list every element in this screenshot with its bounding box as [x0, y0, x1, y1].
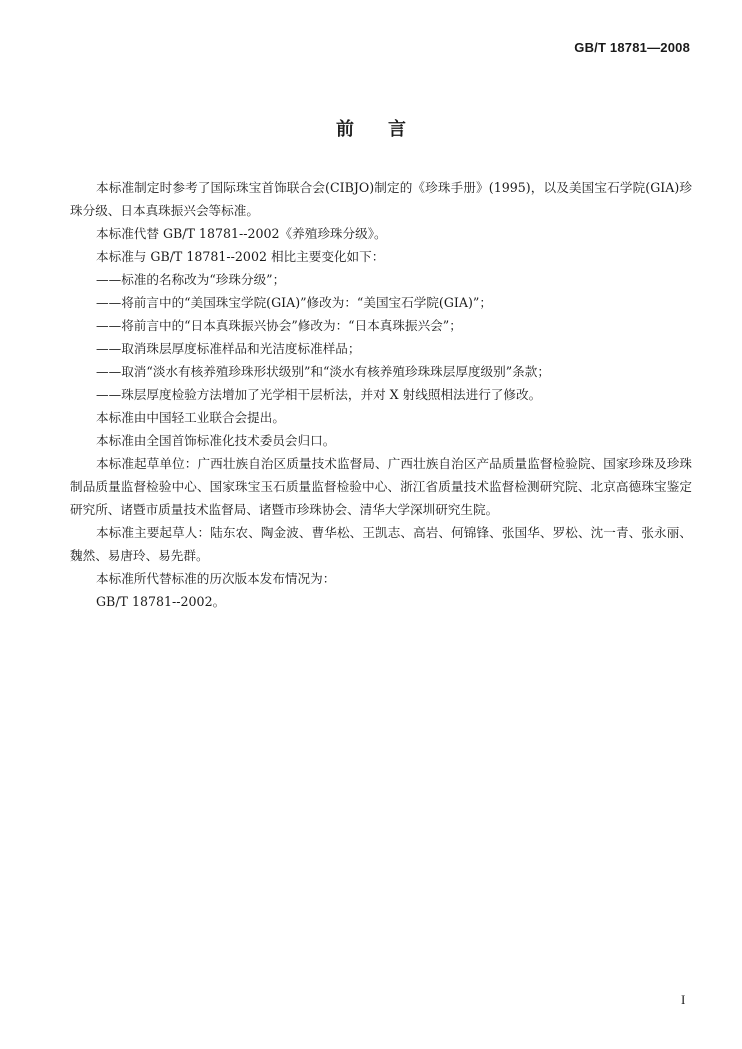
change-item: ——取消“淡水有核养殖珍珠形状级别”和“淡水有核养殖珍珠珠层厚度级别”条款；: [70, 360, 692, 383]
paragraph-references: 本标准制定时参考了国际珠宝首饰联合会(CIBJO)制定的《珍珠手册》(1995)…: [70, 176, 692, 222]
paragraph-history-version: GB/T 18781--2002。: [70, 590, 692, 613]
paragraph-changes-intro: 本标准与 GB/T 18781--2002 相比主要变化如下：: [70, 245, 692, 268]
foreword-body: 本标准制定时参考了国际珠宝首饰联合会(CIBJO)制定的《珍珠手册》(1995)…: [70, 176, 692, 613]
standard-code-header: GB/T 18781—2008: [574, 40, 690, 55]
change-item: ——珠层厚度检验方法增加了光学相干层析法，并对 X 射线照相法进行了修改。: [70, 383, 692, 406]
paragraph-history-intro: 本标准所代替标准的历次版本发布情况为：: [70, 567, 692, 590]
change-item: ——标准的名称改为“珍珠分级”；: [70, 268, 692, 291]
paragraph-administered-by: 本标准由全国首饰标准化技术委员会归口。: [70, 429, 692, 452]
paragraph-proposed-by: 本标准由中国轻工业联合会提出。: [70, 406, 692, 429]
change-item: ——将前言中的“美国珠宝学院(GIA)”修改为：“美国宝石学院(GIA)”；: [70, 291, 692, 314]
page-number: I: [681, 992, 685, 1008]
page-title: 前言: [0, 115, 742, 141]
paragraph-drafters: 本标准主要起草人：陆东农、陶金波、曹华松、王凯志、高岩、何锦锋、张国华、罗松、沈…: [70, 521, 692, 567]
change-item: ——取消珠层厚度标准样品和光洁度标准样品；: [70, 337, 692, 360]
paragraph-replaces: 本标准代替 GB/T 18781--2002《养殖珍珠分级》。: [70, 222, 692, 245]
paragraph-drafting-units: 本标准起草单位：广西壮族自治区质量技术监督局、广西壮族自治区产品质量监督检验院、…: [70, 452, 692, 521]
change-item: ——将前言中的“日本真珠振兴协会”修改为：“日本真珠振兴会”；: [70, 314, 692, 337]
